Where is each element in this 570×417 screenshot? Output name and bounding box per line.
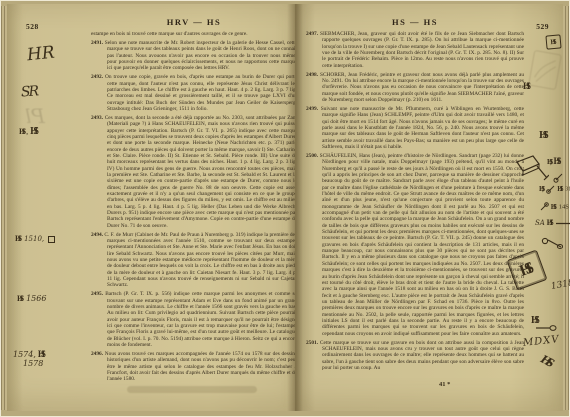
shovel-icon xyxy=(541,236,563,250)
entry-2497: 2497. SIEBMACHER, Jean, graveur qui doit… xyxy=(306,31,524,69)
entry-text: Suivant une note manuscrite de Mr. Pflum… xyxy=(321,106,524,150)
left-page: 528 HRV — HS Pl HR SR HS, HS HS 1510, HS… xyxy=(7,4,295,411)
entry-2493: 2493. Ces marques, dont la seconde a été… xyxy=(91,115,297,229)
right-page-number: 529 xyxy=(536,22,549,31)
mark-year-1566: 1566 xyxy=(26,294,46,303)
monogram-hs-ligature: HS xyxy=(557,185,563,193)
monogram-hs-tilted: HS xyxy=(538,353,556,371)
monogram-hs-ligature: HS xyxy=(30,126,39,137)
entry-number: 2498. xyxy=(306,72,318,78)
mark-letters: SA xyxy=(535,219,545,227)
monogram-hr-script: HR xyxy=(26,43,56,66)
monogram-hs-ligature: HS, xyxy=(547,158,552,166)
mark-year-1574: 1574, xyxy=(13,350,36,359)
entry-2500: 2500. SCHÄUFELEIN, Hans (Jean), peintre … xyxy=(306,153,524,337)
shovel-icon xyxy=(535,324,557,332)
entry-number: 2493. xyxy=(91,115,103,121)
monogram-hs-ligature: HS xyxy=(523,81,531,91)
ink-bleedthrough-ghost: Pl xyxy=(25,104,45,128)
monogram-hs-ligature: HS xyxy=(15,234,22,243)
entry-text: Cette marque se trouve sur une gravure e… xyxy=(320,340,524,371)
ink-bleedthrough-ghost xyxy=(127,386,257,393)
entry-2495: 2495. Bartsch (P. Gr. T. IX. p. 556) ind… xyxy=(91,291,297,348)
entry-text: On trouve une copie, gravée en bois, d'a… xyxy=(105,74,297,112)
carryover-paragraph: estampe en bois ni trouvé cette marque s… xyxy=(91,31,297,37)
monogram-hs-ligature: HS xyxy=(554,156,562,166)
shovel-icon xyxy=(539,202,549,212)
entry-number: 2494. xyxy=(91,232,103,238)
entry-text: C. F. de Murr (Cabinet de Mr. Paul de Pr… xyxy=(104,232,297,289)
right-page: 529 HS — HS HS HS HS HS, xyxy=(295,4,563,411)
monogram-hs-ligature: HS xyxy=(547,218,554,227)
monogram-plaque-small: HS xyxy=(545,34,561,49)
entry-2494: 2494. C. F. de Murr (Cabinet de Mr. Paul… xyxy=(91,232,297,289)
entry-text: Ces marques, dont la seconde a été déjà … xyxy=(105,115,297,229)
monogram-hs-ligature: HS, xyxy=(539,185,544,193)
monogram-hs-ligature: HS xyxy=(539,129,549,141)
square-mark xyxy=(48,236,55,243)
entry-number: 2495. xyxy=(91,291,103,297)
left-page-number: 528 xyxy=(26,22,39,31)
shovel-icon xyxy=(555,219,570,228)
entry-2491: 2491. Selon une note manuscrite de Mr. R… xyxy=(91,40,297,72)
right-running-header: HS — HS xyxy=(306,17,524,27)
mark-number: 14S xyxy=(559,204,569,211)
monogram-sr-script: SR xyxy=(20,83,37,100)
entry-number: 2491. xyxy=(91,40,103,46)
entry-number: 2497. xyxy=(306,31,318,37)
entry-2492: 2492. On trouve une copie, gravée en boi… xyxy=(91,74,297,112)
monogram-hs-ligature: HS xyxy=(17,294,24,303)
monogram-hs-ligature: HS xyxy=(551,203,557,211)
mark-year-1578: 1578 xyxy=(23,359,43,368)
open-book: 528 HRV — HS Pl HR SR HS, HS HS 1510, HS… xyxy=(1,1,569,416)
shovel-icon xyxy=(546,184,556,194)
entry-number: 2500. xyxy=(306,153,318,159)
mark-roman-date: MDXV xyxy=(523,334,561,349)
entry-text: Selon une note manuscrite de Mr. Robert … xyxy=(105,40,297,71)
entry-text: SCHÄUFELEIN, Hans (Jean), peintre d'hist… xyxy=(320,153,524,337)
entry-2498: 2498. SCHORER, Jean Frédéric, peintre et… xyxy=(306,72,524,104)
shovel-icon xyxy=(553,172,564,183)
book-gutter-shadow xyxy=(287,4,303,411)
monogram-hs-ligature: HS xyxy=(38,350,46,359)
entry-text: Bartsch (P. Gr. T. IX. p. 556) indique c… xyxy=(105,291,297,348)
entry-number: 2492. xyxy=(91,74,103,80)
mark-number: 31 xyxy=(565,187,570,193)
left-running-header: HRV — HS xyxy=(91,17,297,27)
entry-text: Nous avons trouvé ces marques accompagné… xyxy=(105,351,297,382)
left-text-column: estampe en bois ni trouvé cette marque s… xyxy=(91,31,297,385)
entry-2501: 2501. Cette marque se trouve sur une gra… xyxy=(306,340,524,372)
entry-number: 2499. xyxy=(306,106,318,112)
entry-number: 2501. xyxy=(306,340,318,346)
entry-number: 2496. xyxy=(91,351,103,357)
entry-2496: 2496. Nous avons trouvé ces marques acco… xyxy=(91,351,297,383)
mark-year-1510: 1510, xyxy=(24,235,44,243)
book-scan-photo: 528 HRV — HS Pl HR SR HS, HS HS 1510, HS… xyxy=(0,0,570,417)
printer-signature: 41 * xyxy=(439,381,450,388)
entry-2499: 2499. Suivant une note manuscrite de Mr.… xyxy=(306,106,524,150)
entry-text: SIEBMACHER, Jean, graveur qui doit avoir… xyxy=(320,31,524,69)
entry-text: SCHORER, Jean Frédéric, peintre et grave… xyxy=(320,72,524,103)
bleedthrough-ghost-plaque xyxy=(528,50,562,90)
right-text-column: 2497. SIEBMACHER, Jean, graveur qui doit… xyxy=(306,31,524,374)
